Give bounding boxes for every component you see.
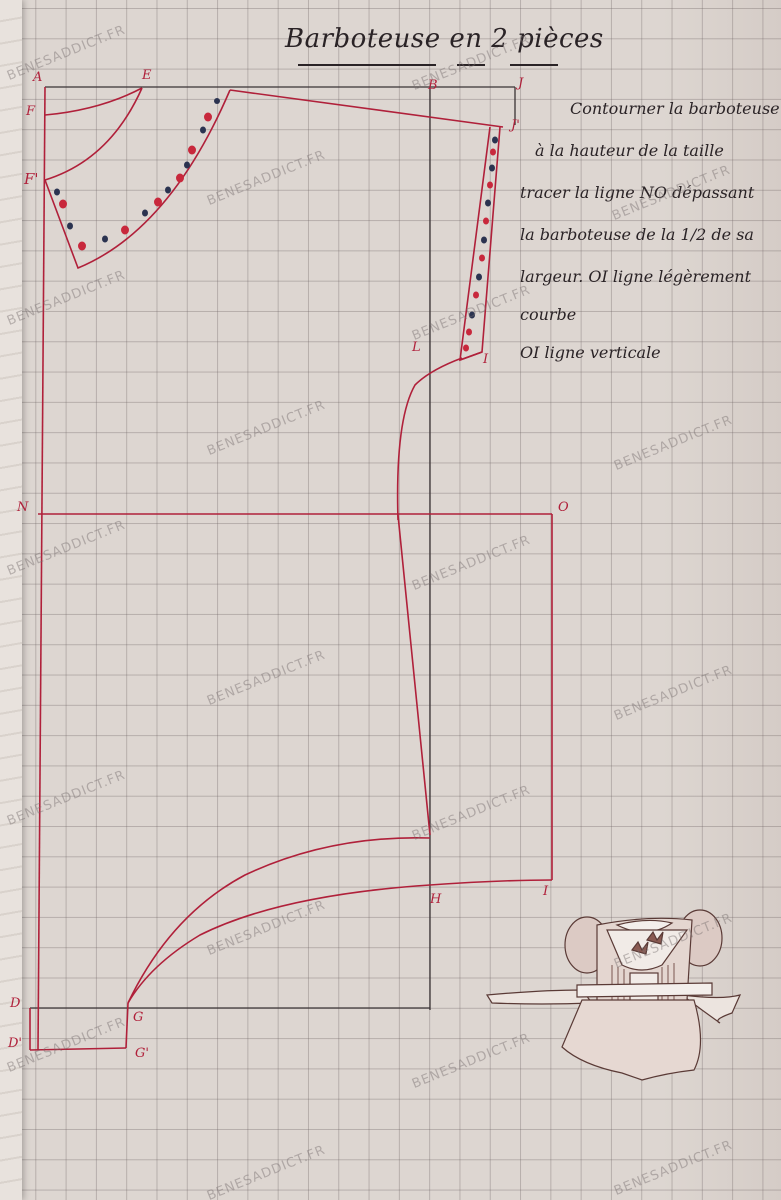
- instruction-line: courbe: [520, 298, 775, 332]
- instruction-line: la barboteuse de la 1/2 de sa: [520, 214, 775, 256]
- notebook-page: Barboteuse en 2 pièces: [0, 0, 781, 1200]
- point-label-f-prime: F': [24, 170, 39, 188]
- point-label-e: E: [142, 68, 152, 83]
- point-label-d-prime: D': [8, 1036, 22, 1051]
- point-label-g-prime: G': [135, 1046, 149, 1061]
- instructions-block: Contourner la barboteuse à la hauteur de…: [520, 88, 775, 374]
- instruction-line: Contourner la barboteuse: [520, 88, 775, 130]
- point-label-i: I: [483, 352, 488, 367]
- point-label-d: D: [10, 996, 20, 1011]
- instruction-line: à la hauteur de la taille: [520, 130, 775, 172]
- point-label-j-prime: J': [511, 118, 520, 133]
- point-label-h: H: [430, 892, 441, 907]
- point-label-f: F: [26, 104, 35, 119]
- point-label-g: G: [133, 1010, 143, 1025]
- point-label-o: O: [558, 500, 569, 515]
- instruction-line: OI ligne verticale: [520, 332, 775, 374]
- instruction-line: largeur. OI ligne légèrement: [520, 256, 775, 298]
- collar-dots: [54, 98, 220, 251]
- point-label-n: N: [17, 500, 28, 515]
